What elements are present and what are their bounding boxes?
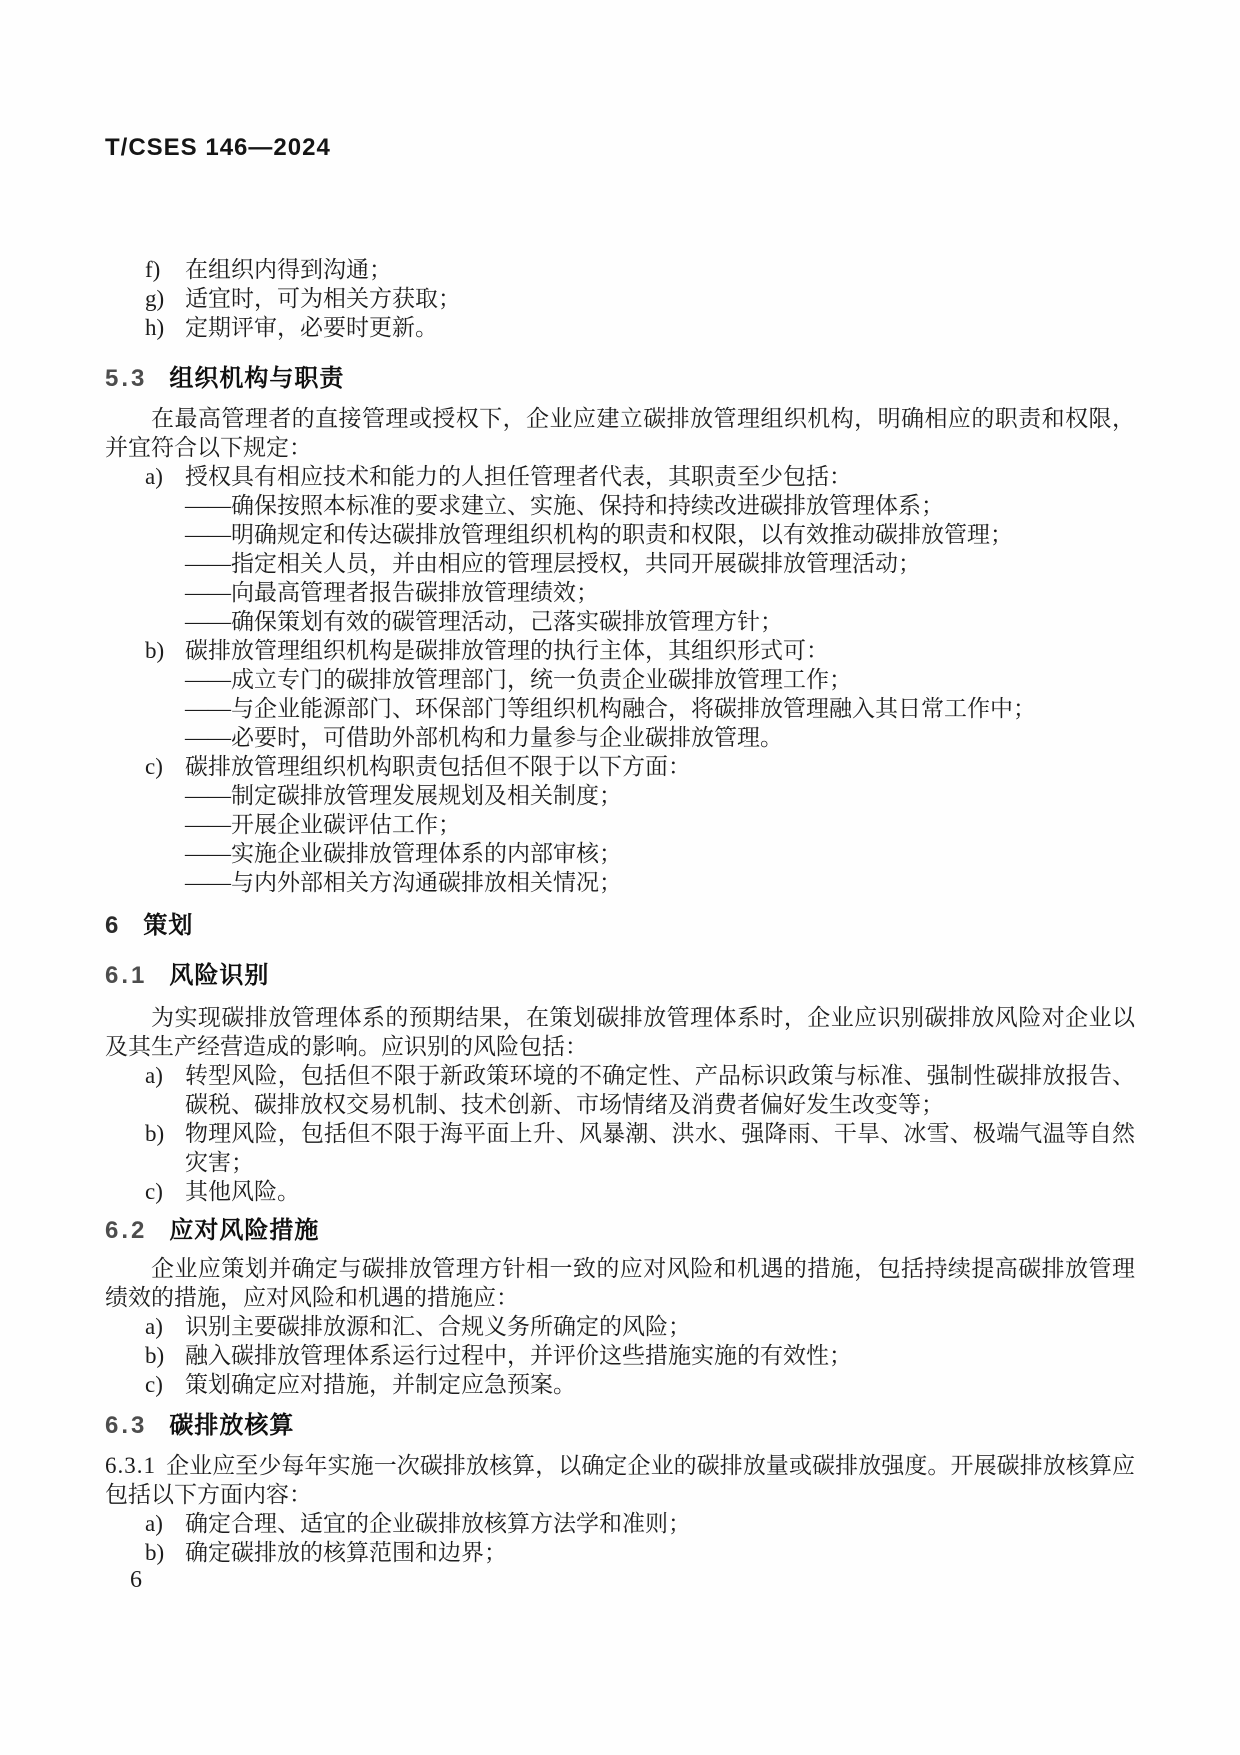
list-item: h) 定期评审，必要时更新。	[105, 313, 1135, 342]
list-item-text: 识别主要碳排放源和汇、合规义务所确定的风险；	[185, 1312, 1135, 1341]
list-item-text: 授权具有相应技术和能力的人担任管理者代表，其职责至少包括：	[185, 462, 1135, 491]
intro-list: f) 在组织内得到沟通； g) 适宜时，可为相关方获取； h) 定期评审，必要时…	[105, 255, 1135, 342]
list-item-text: 融入碳排放管理体系运行过程中，并评价这些措施实施的有效性；	[185, 1341, 1135, 1370]
list-item: a) 授权具有相应技术和能力的人担任管理者代表，其职责至少包括：	[105, 462, 1135, 491]
section-6-2-list: a) 识别主要碳排放源和汇、合规义务所确定的风险； b) 融入碳排放管理体系运行…	[105, 1312, 1135, 1399]
section-heading-6-2: 6.2 应对风险措施	[105, 1214, 1135, 1248]
dash-item: ——与内外部相关方沟通碳排放相关情况；	[105, 868, 1135, 897]
list-item-label: c)	[145, 752, 185, 781]
dash-item: ——与企业能源部门、环保部门等组织机构融合，将碳排放管理融入其日常工作中；	[105, 694, 1135, 723]
list-item: a) 转型风险，包括但不限于新政策环境的不确定性、产品标识政策与标准、强制性碳排…	[105, 1061, 1135, 1119]
dash-item: ——成立专门的碳排放管理部门，统一负责企业碳排放管理工作；	[105, 665, 1135, 694]
list-item-label: b)	[145, 1119, 185, 1177]
section-heading-5-3: 5.3 组织机构与职责	[105, 362, 1135, 396]
list-item-label: c)	[145, 1177, 185, 1206]
section-number: 6.3	[105, 1409, 147, 1443]
section-6-3-list: a) 确定合理、适宜的企业碳排放核算方法学和准则； b) 确定碳排放的核算范围和…	[105, 1509, 1135, 1567]
list-item: b) 融入碳排放管理体系运行过程中，并评价这些措施实施的有效性；	[105, 1341, 1135, 1370]
list-item-text: 碳排放管理组织机构是碳排放管理的执行主体，其组织形式可：	[185, 636, 1135, 665]
list-item-label: a)	[145, 1312, 185, 1341]
chapter-title: 策划	[143, 909, 193, 943]
list-item-label: c)	[145, 1370, 185, 1399]
list-item-label: g)	[145, 284, 185, 313]
section-title: 组织机构与职责	[169, 362, 344, 396]
list-item: a) 确定合理、适宜的企业碳排放核算方法学和准则；	[105, 1509, 1135, 1538]
section-number: 6.1	[105, 959, 147, 993]
dash-item: ——开展企业碳评估工作；	[105, 810, 1135, 839]
dash-item: ——制定碳排放管理发展规划及相关制度；	[105, 781, 1135, 810]
list-item-label: f)	[145, 255, 185, 284]
doc-code: T/CSES 146—2024	[105, 133, 1135, 163]
list-item: c) 碳排放管理组织机构职责包括但不限于以下方面：	[105, 752, 1135, 781]
list-item-text: 策划确定应对措施，并制定应急预案。	[185, 1370, 1135, 1399]
dash-item: ——实施企业碳排放管理体系的内部审核；	[105, 839, 1135, 868]
section-number: 5.3	[105, 362, 147, 396]
list-item-label: b)	[145, 636, 185, 665]
paragraph: 在最高管理者的直接管理或授权下，企业应建立碳排放管理组织机构，明确相应的职责和权…	[105, 404, 1135, 462]
chapter-heading-6: 6 策划	[105, 909, 1135, 943]
clause-text: 企业应至少每年实施一次碳排放核算，以确定企业的碳排放量或碳排放强度。开展碳排放核…	[105, 1453, 1135, 1507]
list-item: f) 在组织内得到沟通；	[105, 255, 1135, 284]
list-item: c) 策划确定应对措施，并制定应急预案。	[105, 1370, 1135, 1399]
list-item-label: a)	[145, 1509, 185, 1538]
clause-number: 6.3.1	[105, 1453, 156, 1478]
section-6-1-list: a) 转型风险，包括但不限于新政策环境的不确定性、产品标识政策与标准、强制性碳排…	[105, 1061, 1135, 1206]
dash-item: ——确保按照本标准的要求建立、实施、保持和持续改进碳排放管理体系；	[105, 491, 1135, 520]
section-5-3-list: a) 授权具有相应技术和能力的人担任管理者代表，其职责至少包括： ——确保按照本…	[105, 462, 1135, 897]
list-item-label: b)	[145, 1538, 185, 1567]
list-item-text: 物理风险，包括但不限于海平面上升、风暴潮、洪水、强降雨、干旱、冰雪、极端气温等自…	[185, 1119, 1135, 1177]
page-number: 6	[130, 1566, 142, 1595]
paragraph: 为实现碳排放管理体系的预期结果，在策划碳排放管理体系时，企业应识别碳排放风险对企…	[105, 1003, 1135, 1061]
section-title: 风险识别	[169, 959, 269, 993]
list-item-label: a)	[145, 462, 185, 491]
document-page: T/CSES 146—2024 f) 在组织内得到沟通； g) 适宜时，可为相关…	[0, 0, 1240, 1755]
list-item-text: 碳排放管理组织机构职责包括但不限于以下方面：	[185, 752, 1135, 781]
section-number: 6.2	[105, 1214, 147, 1248]
dash-item: ——明确规定和传达碳排放管理组织机构的职责和权限，以有效推动碳排放管理；	[105, 520, 1135, 549]
clause-6-3-1: 6.3.1企业应至少每年实施一次碳排放核算，以确定企业的碳排放量或碳排放强度。开…	[105, 1451, 1135, 1509]
list-item-text: 其他风险。	[185, 1177, 1135, 1206]
list-item: a) 识别主要碳排放源和汇、合规义务所确定的风险；	[105, 1312, 1135, 1341]
section-title: 碳排放核算	[169, 1409, 294, 1443]
list-item-text: 转型风险，包括但不限于新政策环境的不确定性、产品标识政策与标准、强制性碳排放报告…	[185, 1061, 1135, 1119]
dash-item: ——必要时，可借助外部机构和力量参与企业碳排放管理。	[105, 723, 1135, 752]
list-item: b) 碳排放管理组织机构是碳排放管理的执行主体，其组织形式可：	[105, 636, 1135, 665]
section-heading-6-1: 6.1 风险识别	[105, 959, 1135, 993]
list-item-label: a)	[145, 1061, 185, 1119]
section-heading-6-3: 6.3 碳排放核算	[105, 1409, 1135, 1443]
chapter-number: 6	[105, 909, 119, 943]
dash-item: ——向最高管理者报告碳排放管理绩效；	[105, 578, 1135, 607]
list-item-text: 确定碳排放的核算范围和边界；	[185, 1538, 1135, 1567]
list-item: b) 确定碳排放的核算范围和边界；	[105, 1538, 1135, 1567]
list-item-label: b)	[145, 1341, 185, 1370]
list-item-text: 适宜时，可为相关方获取；	[185, 284, 1135, 313]
list-item: b) 物理风险，包括但不限于海平面上升、风暴潮、洪水、强降雨、干旱、冰雪、极端气…	[105, 1119, 1135, 1177]
paragraph: 企业应策划并确定与碳排放管理方针相一致的应对风险和机遇的措施，包括持续提高碳排放…	[105, 1254, 1135, 1312]
section-title: 应对风险措施	[169, 1214, 319, 1248]
list-item-text: 确定合理、适宜的企业碳排放核算方法学和准则；	[185, 1509, 1135, 1538]
dash-item: ——确保策划有效的碳管理活动，己落实碳排放管理方针；	[105, 607, 1135, 636]
list-item-text: 在组织内得到沟通；	[185, 255, 1135, 284]
list-item: g) 适宜时，可为相关方获取；	[105, 284, 1135, 313]
list-item-text: 定期评审，必要时更新。	[185, 313, 1135, 342]
list-item: c) 其他风险。	[105, 1177, 1135, 1206]
dash-item: ——指定相关人员，并由相应的管理层授权，共同开展碳排放管理活动；	[105, 549, 1135, 578]
list-item-label: h)	[145, 313, 185, 342]
